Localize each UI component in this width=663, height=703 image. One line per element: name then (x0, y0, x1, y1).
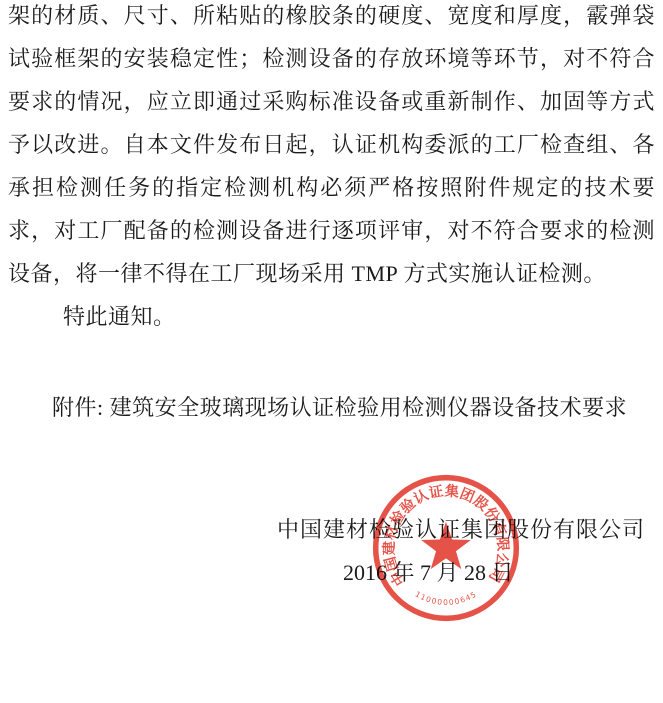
body-line: 设备，将一律不得在工厂现场采用 TMP 方式实施认证检测。 (8, 252, 655, 295)
body-line: 承担检测任务的指定检测机构必须严格按照附件规定的技术要 (8, 166, 655, 209)
body-line: 架的材质、尺寸、所粘贴的橡胶条的硬度、宽度和厚度，霰弹袋 (8, 0, 655, 37)
document-page: 架的材质、尺寸、所粘贴的橡胶条的硬度、宽度和厚度，霰弹袋 试验框架的安装稳定性；… (0, 0, 663, 703)
signature-date: 2016 年 7 月 28 日 (343, 561, 514, 585)
body-line: 求，对工厂配备的检测设备进行逐项评审，对不符合要求的检测 (8, 209, 655, 252)
body-line: 试验框架的安装稳定性；检测设备的存放环境等环节，对不符合 (8, 37, 655, 80)
attachment-line: 附件: 建筑安全玻璃现场认证检验用检测仪器设备技术要求 (8, 386, 655, 429)
body-line: 予以改进。自本文件发布日起，认证机构委派的工厂检查组、各 (8, 123, 655, 166)
seal-ring (376, 478, 517, 619)
body-paragraph: 架的材质、尺寸、所粘贴的橡胶条的硬度、宽度和厚度，霰弹袋 试验框架的安装稳定性；… (8, 0, 655, 338)
signature-company: 中国建材检验认证集团股份有限公司 (277, 518, 645, 542)
closing-line: 特此通知。 (8, 295, 655, 338)
body-line: 要求的情况，应立即通过采购标准设备或重新制作、加固等方式 (8, 80, 655, 123)
official-seal: 中国建材检验认证集团股份有限公司 1100000064568 (367, 469, 525, 627)
seal-graphic: 中国建材检验认证集团股份有限公司 1100000064568 (367, 469, 525, 627)
